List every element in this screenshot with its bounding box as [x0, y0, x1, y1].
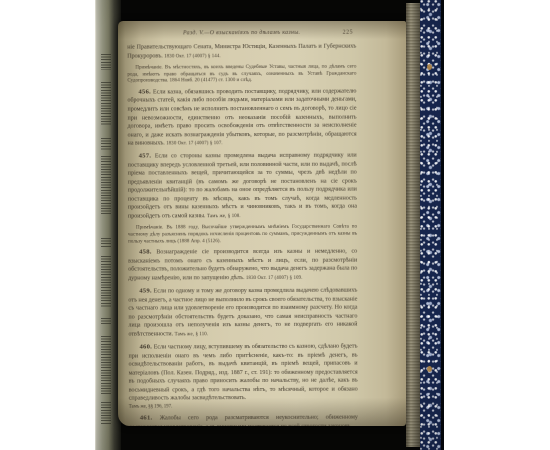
running-head: Разд. V.—О взысканіяхъ по дѣламъ казны. …	[127, 30, 356, 37]
article-459: 459. Если по одному и тому же договору к…	[128, 286, 357, 339]
facing-page-text-fragment	[101, 156, 111, 214]
article-number: 456.	[138, 88, 151, 95]
facing-page-text-fragment	[101, 336, 111, 394]
article-number: 461.	[140, 415, 153, 422]
page-number: 225	[343, 30, 354, 36]
marble-speck	[427, 64, 432, 70]
facing-page-text-fragment	[101, 256, 111, 308]
running-title: Разд. V.—О взысканіяхъ по дѣламъ казны.	[183, 30, 300, 37]
facing-page-text-fragment	[101, 138, 111, 150]
article-457: 457. Если со стороны казны промедлена вы…	[128, 151, 357, 221]
article-number: 457.	[139, 153, 152, 160]
article-number: 458.	[139, 249, 152, 256]
article-460: 460. Если частному лицу, вступившему въ …	[129, 342, 358, 404]
marbled-cover-edge	[420, 0, 441, 450]
facing-page-text-fragment	[101, 238, 111, 248]
source-citation: Тамъ же, § 108.	[207, 214, 241, 219]
article-text: Если казна, обязавшись проводить поставщ…	[127, 89, 356, 147]
article-text: Если по одному и тому же договору казна …	[128, 288, 357, 338]
source-citation: 1830 Окт. 17 (4007) § 109.	[246, 276, 303, 281]
facing-page-text-fragment	[101, 318, 111, 326]
article-number: 460.	[140, 344, 153, 351]
source-citation: 1830 Окт. 17 (4007) § 107.	[166, 141, 223, 146]
page-text-block: Разд. V.—О взысканіяхъ по дѣламъ казны. …	[118, 21, 406, 426]
cover-board-edge	[441, 0, 444, 450]
paragraph-continuation: ніе Правительствующаго Сената, Министра …	[127, 43, 356, 61]
note-paragraph: Примѣчаніе. Въ мѣстностяхъ, въ коихъ вве…	[127, 63, 356, 84]
source-citation: Тамъ же, §§ 196, 197.	[129, 403, 358, 410]
article-text: Если частному лицу, вступившему въ обяза…	[129, 344, 358, 402]
source-citation: Тамъ же, § 110.	[175, 332, 209, 337]
source-citation: 1830 Окт. 17 (4007) § 144.	[164, 54, 221, 59]
book-page: Разд. V.—О взысканіяхъ по дѣламъ казны. …	[118, 21, 406, 426]
article-text: Жалобы сего рода разсматриваются неукосн…	[129, 415, 358, 426]
article-number: 459.	[139, 288, 152, 295]
facing-page-text-fragment	[101, 402, 111, 424]
book-photo-screenshot: Разд. V.—О взысканіяхъ по дѣламъ казны. …	[0, 0, 550, 450]
article-461: 461. Жалобы сего рода разсматриваются не…	[129, 413, 358, 426]
marble-speck	[427, 366, 432, 372]
open-book-photo: Разд. V.—О взысканіяхъ по дѣламъ казны. …	[95, 0, 444, 450]
article-text: Вознагражденіе сіе производится всегда и…	[128, 249, 357, 282]
article-text: Если со стороны казны промедлена выдача …	[128, 153, 357, 220]
facing-page-text-fragment	[101, 82, 111, 126]
page-block-fore-edge	[406, 3, 420, 447]
facing-page-text-fragment	[101, 54, 111, 70]
article-456: 456. Если казна, обязавшись проводить по…	[127, 87, 356, 149]
continuation-text: ніе Правительствующаго Сената, Министра …	[127, 44, 356, 60]
article-458: 458. Вознагражденіе сіе производится все…	[128, 247, 357, 283]
note-paragraph: Примѣчаніе. Въ 1888 году, Высочайше утве…	[128, 224, 357, 245]
